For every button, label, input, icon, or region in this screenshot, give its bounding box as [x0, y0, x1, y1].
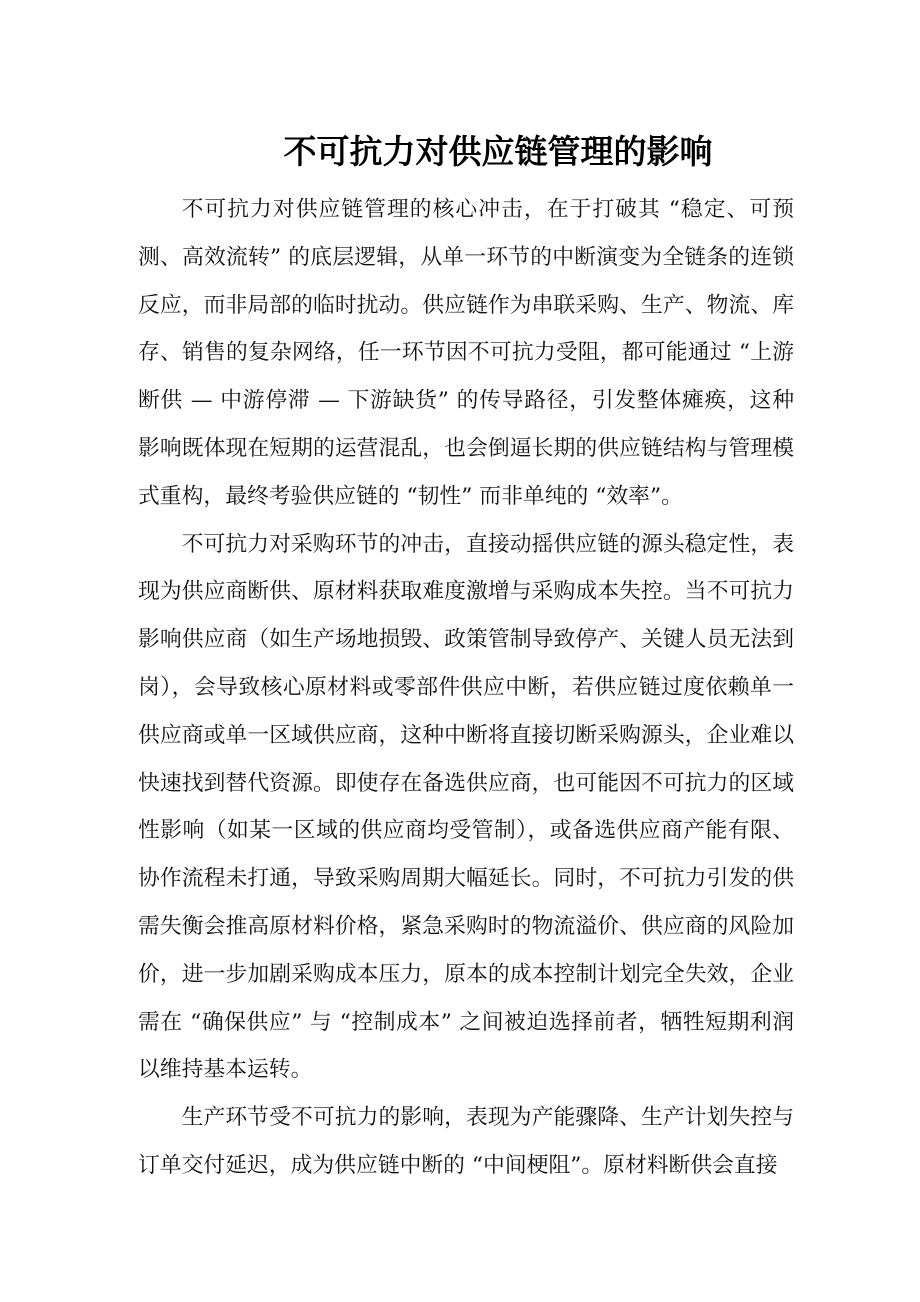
document-page: 不可抗力对供应链管理的影响 不可抗力对供应链管理的核心冲击，在于打破其 “稳定、… — [0, 0, 920, 1302]
document-title: 不可抗力对供应链管理的影响 — [0, 128, 920, 176]
paragraph-production: 生产环节受不可抗力的影响，表现为产能骤降、生产计划失控与订单交付延迟，成为供应链… — [138, 1094, 794, 1190]
paragraph-procurement: 不可抗力对采购环节的冲击，直接动摇供应链的源头稳定性，表现为供应商断供、原材料获… — [138, 521, 794, 1095]
document-body: 不可抗力对供应链管理的核心冲击，在于打破其 “稳定、可预测、高效流转” 的底层逻… — [138, 186, 794, 1190]
paragraph-overview: 不可抗力对供应链管理的核心冲击，在于打破其 “稳定、可预测、高效流转” 的底层逻… — [138, 186, 794, 521]
